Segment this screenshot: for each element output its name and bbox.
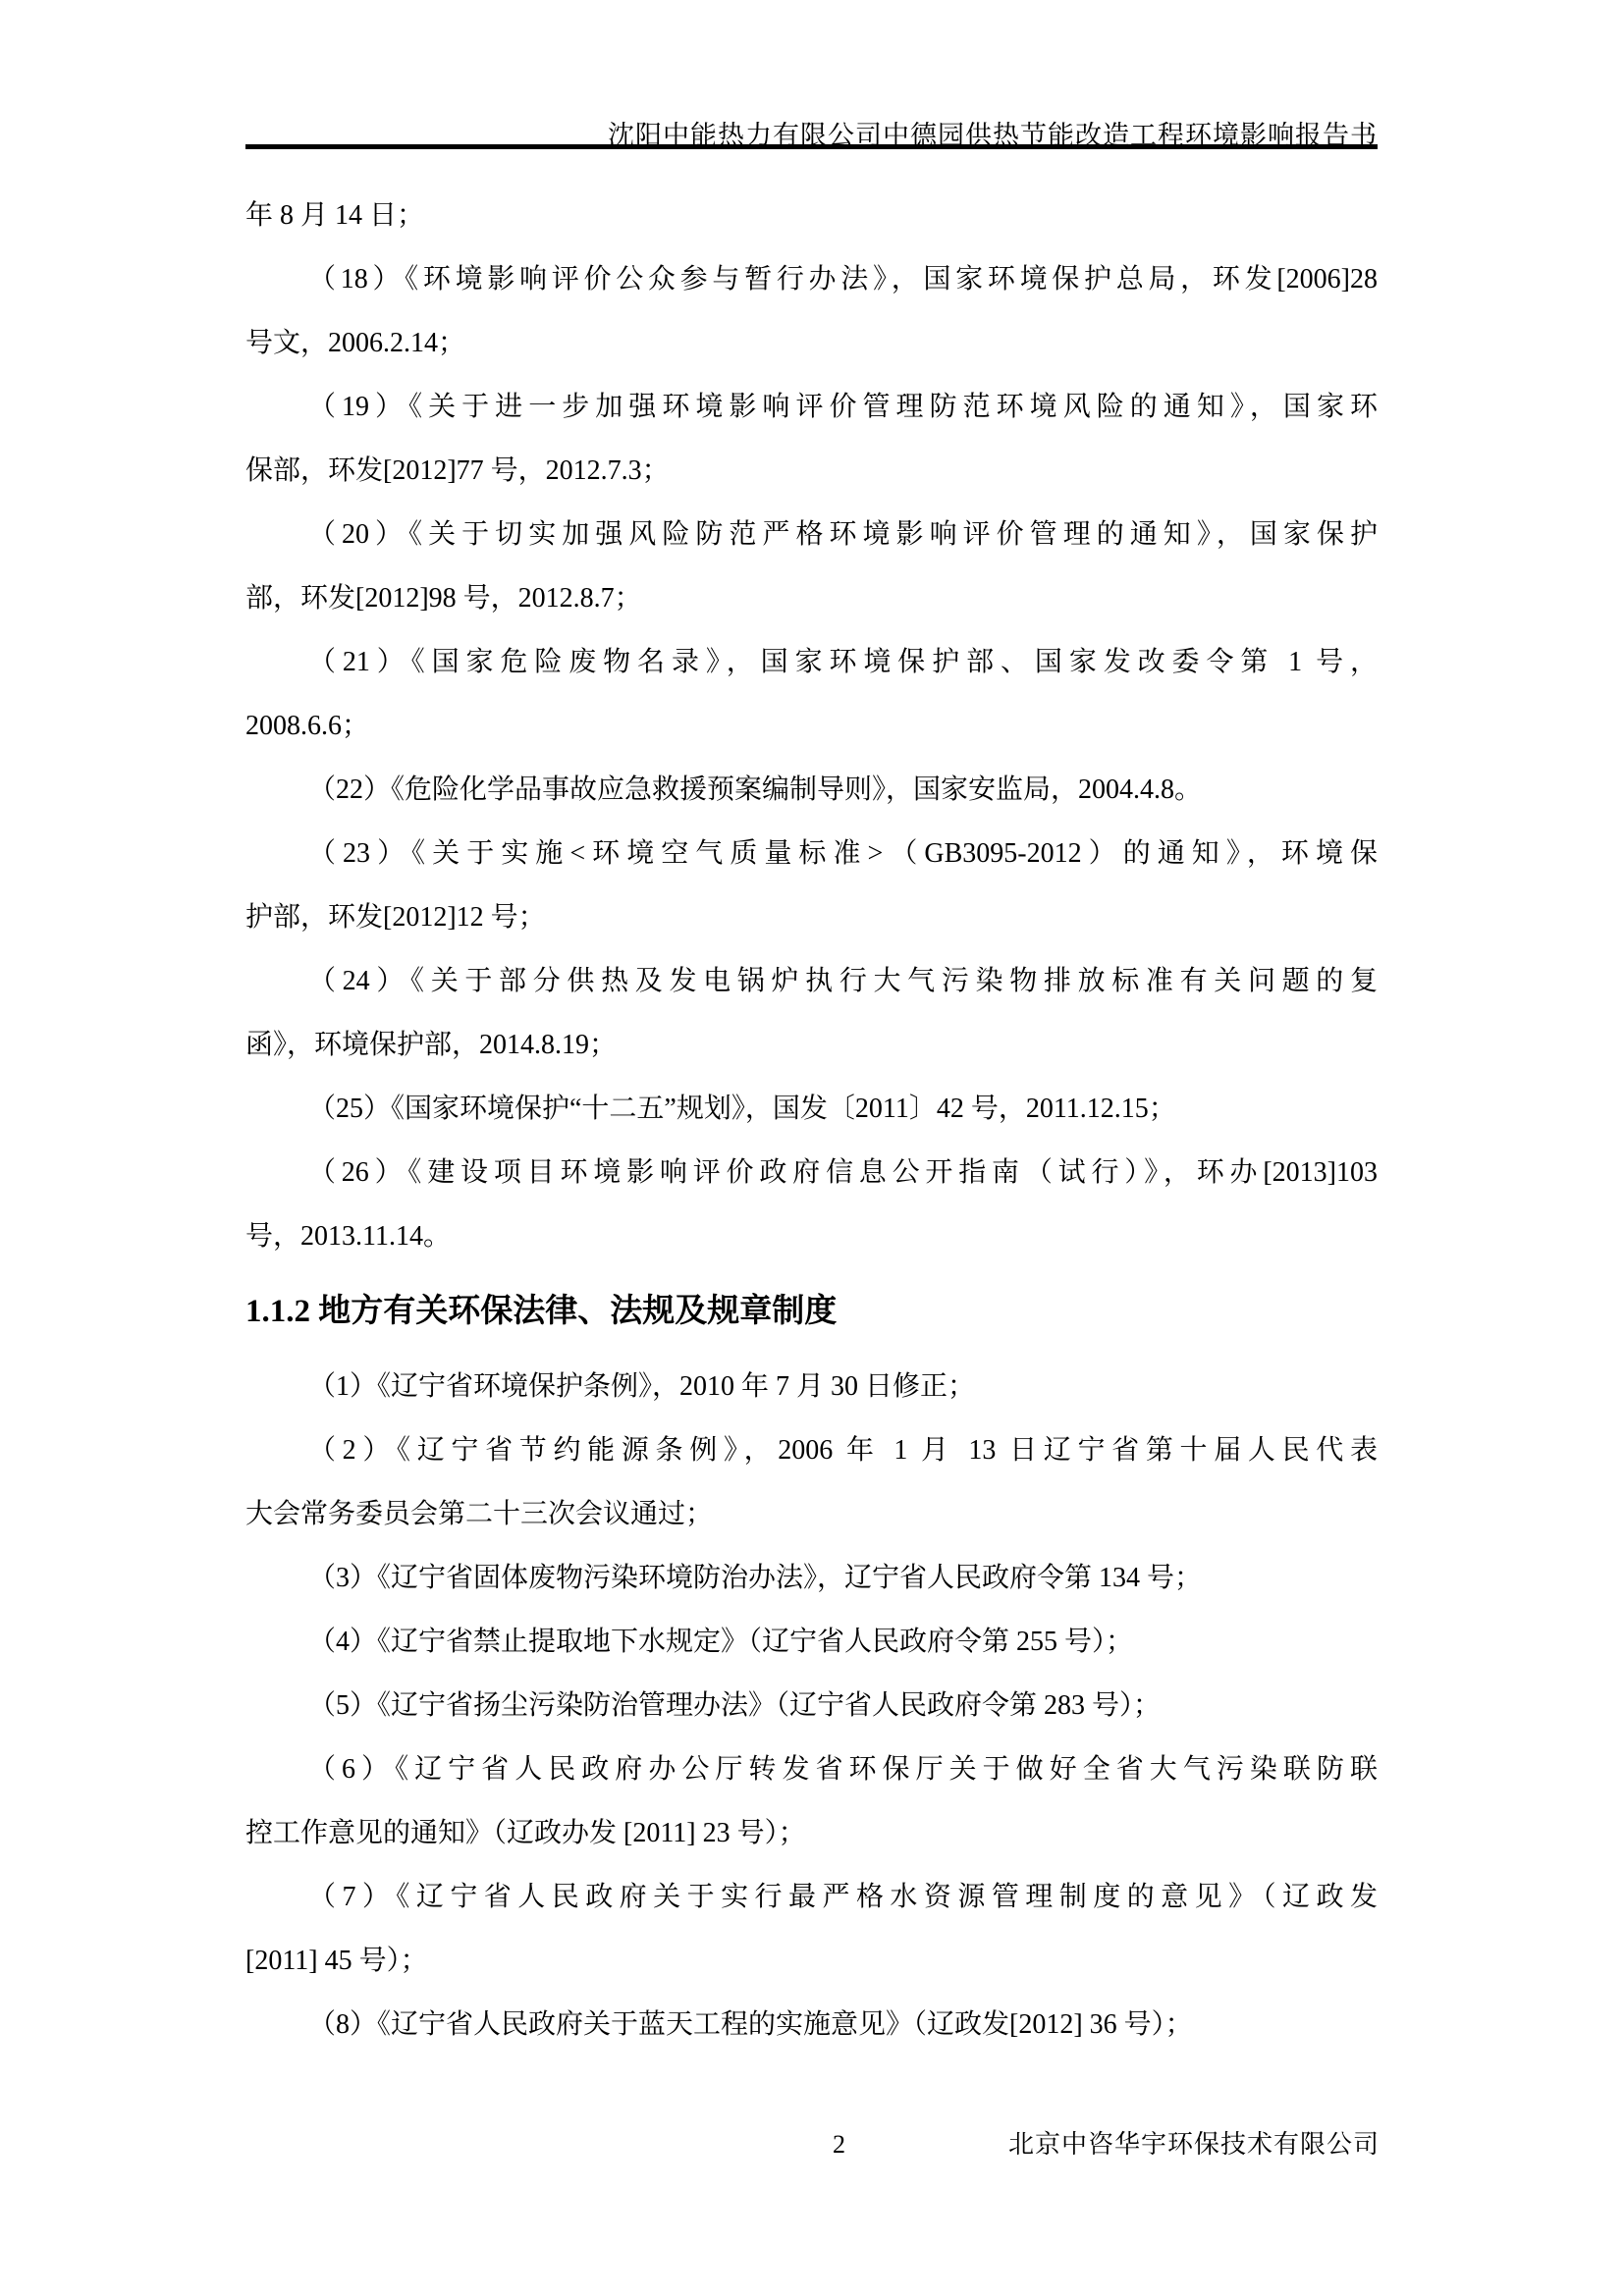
paragraph: （26）《建设项目环境影响评价政府信息公开指南（试行）》，环办[2013]103…: [245, 1141, 1378, 1268]
text-line: （21）《国家危险废物名录》，国家环境保护部、国家发改委令第 1 号，: [245, 630, 1378, 694]
paragraph: （18）《环境影响评价公众参与暂行办法》，国家环境保护总局，环发[2006]28…: [245, 247, 1378, 375]
text-line: （20）《关于切实加强风险防范严格环境影响评价管理的通知》，国家保护: [245, 503, 1378, 566]
text-line: （1）《辽宁省环境保护条例》，2010 年 7 月 30 日修正；: [245, 1355, 1378, 1418]
paragraph: （25）《国家环境保护“十二五”规划》，国发〔2011〕42 号，2011.12…: [245, 1077, 1378, 1141]
text-line: （22）《危险化学品事故应急救援预案编制导则》，国家安监局，2004.4.8。: [245, 758, 1378, 822]
paragraph: （1）《辽宁省环境保护条例》，2010 年 7 月 30 日修正；: [245, 1355, 1378, 1418]
text-line: （6）《辽宁省人民政府办公厅转发省环保厅关于做好全省大气污染联防联: [245, 1737, 1378, 1801]
paragraph: 年 8 月 14 日；: [245, 184, 1378, 247]
text-line: （3）《辽宁省固体废物污染环境防治办法》，辽宁省人民政府令第 134 号；: [245, 1546, 1378, 1610]
paragraph: （23）《关于实施<环境空气质量标准>（GB3095-2012）的通知》，环境保…: [245, 822, 1378, 949]
text-line: （8）《辽宁省人民政府关于蓝天工程的实施意见》（辽政发[2012] 36 号）；: [245, 1993, 1378, 2056]
text-line: [2011] 45 号）；: [245, 1929, 1378, 1993]
text-line: （5）《辽宁省扬尘污染防治管理办法》（辽宁省人民政府令第 283 号）；: [245, 1674, 1378, 1737]
text-line: （24）《关于部分供热及发电锅炉执行大气污染物排放标准有关问题的复: [245, 949, 1378, 1013]
page-number: 2: [833, 2128, 845, 2162]
text-line: 年 8 月 14 日；: [245, 184, 1378, 247]
paragraph: （21）《国家危险废物名录》，国家环境保护部、国家发改委令第 1 号，2008.…: [245, 630, 1378, 758]
paragraph: （7）《辽宁省人民政府关于实行最严格水资源管理制度的意见》（辽政发[2011] …: [245, 1865, 1378, 1993]
section-heading: 1.1.2 地方有关环保法律、法规及规章制度: [245, 1280, 1378, 1344]
text-line: 号，2013.11.14。: [245, 1204, 1378, 1268]
text-line: （2）《辽宁省节约能源条例》，2006 年 1 月 13 日辽宁省第十届人民代表: [245, 1418, 1378, 1482]
text-line: 护部，环发[2012]12 号；: [245, 885, 1378, 949]
header-rule: [245, 144, 1378, 149]
paragraph: （3）《辽宁省固体废物污染环境防治办法》，辽宁省人民政府令第 134 号；: [245, 1546, 1378, 1610]
text-line: （25）《国家环境保护“十二五”规划》，国发〔2011〕42 号，2011.12…: [245, 1077, 1378, 1141]
text-line: 控工作意见的通知》（辽政办发 [2011] 23 号）；: [245, 1801, 1378, 1865]
text-line: 部，环发[2012]98 号，2012.8.7；: [245, 566, 1378, 630]
text-line: （19）《关于进一步加强环境影响评价管理防范环境风险的通知》，国家环: [245, 375, 1378, 439]
text-line: 保部，环发[2012]77 号，2012.7.3；: [245, 439, 1378, 503]
paragraph: （2）《辽宁省节约能源条例》，2006 年 1 月 13 日辽宁省第十届人民代表…: [245, 1418, 1378, 1546]
paragraph: （5）《辽宁省扬尘污染防治管理办法》（辽宁省人民政府令第 283 号）；: [245, 1674, 1378, 1737]
paragraph: （20）《关于切实加强风险防范严格环境影响评价管理的通知》，国家保护部，环发[2…: [245, 503, 1378, 630]
text-line: （4）《辽宁省禁止提取地下水规定》（辽宁省人民政府令第 255 号）；: [245, 1610, 1378, 1674]
document-page: 沈阳中能热力有限公司中德园供热节能改造工程环境影响报告书 年 8 月 14 日；…: [0, 0, 1624, 2296]
document-body: 年 8 月 14 日；（18）《环境影响评价公众参与暂行办法》，国家环境保护总局…: [245, 184, 1378, 2056]
text-line: 大会常务委员会第二十三次会议通过；: [245, 1482, 1378, 1546]
paragraph: （24）《关于部分供热及发电锅炉执行大气污染物排放标准有关问题的复函》，环境保护…: [245, 949, 1378, 1077]
footer-company: 北京中咨华宇环保技术有限公司: [1008, 2128, 1380, 2162]
heading-line: 1.1.2 地方有关环保法律、法规及规章制度: [245, 1280, 1378, 1344]
text-line: 函》，环境保护部，2014.8.19；: [245, 1013, 1378, 1077]
paragraph: （8）《辽宁省人民政府关于蓝天工程的实施意见》（辽政发[2012] 36 号）；: [245, 1993, 1378, 2056]
text-line: 号文，2006.2.14；: [245, 311, 1378, 375]
paragraph: （6）《辽宁省人民政府办公厅转发省环保厅关于做好全省大气污染联防联控工作意见的通…: [245, 1737, 1378, 1865]
text-line: （18）《环境影响评价公众参与暂行办法》，国家环境保护总局，环发[2006]28: [245, 247, 1378, 311]
text-line: （26）《建设项目环境影响评价政府信息公开指南（试行）》，环办[2013]103: [245, 1141, 1378, 1204]
paragraph: （4）《辽宁省禁止提取地下水规定》（辽宁省人民政府令第 255 号）；: [245, 1610, 1378, 1674]
text-line: （23）《关于实施<环境空气质量标准>（GB3095-2012）的通知》，环境保: [245, 822, 1378, 885]
paragraph: （22）《危险化学品事故应急救援预案编制导则》，国家安监局，2004.4.8。: [245, 758, 1378, 822]
text-line: 2008.6.6；: [245, 694, 1378, 758]
paragraph: （19）《关于进一步加强环境影响评价管理防范环境风险的通知》，国家环保部，环发[…: [245, 375, 1378, 503]
text-line: （7）《辽宁省人民政府关于实行最严格水资源管理制度的意见》（辽政发: [245, 1865, 1378, 1929]
